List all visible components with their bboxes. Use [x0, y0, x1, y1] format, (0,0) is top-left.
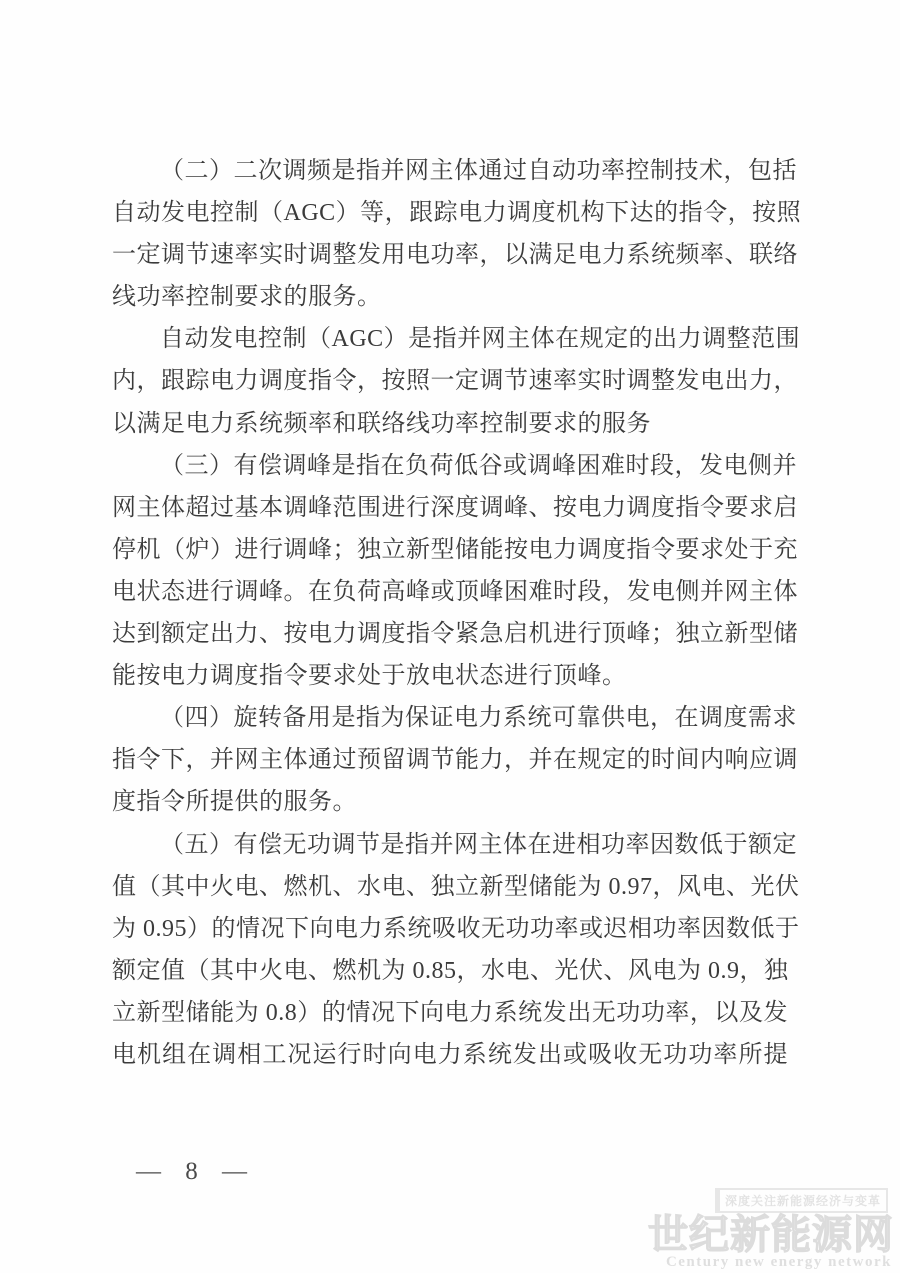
text-line: 立新型储能为 0.8）的情况下向电力系统发出无功功率，以及发 [112, 992, 788, 1034]
text-line: 停机（炉）进行调峰；独立新型储能按电力调度指令要求处于充 [112, 529, 788, 571]
watermark: 深度关注新能源经济与变革 世纪新能源网 Century new energy n… [644, 1188, 894, 1271]
text-line: （二）二次调频是指并网主体通过自动功率控制技术，包括 [112, 150, 788, 192]
text-line: 达到额定出力、按电力调度指令紧急启机进行顶峰；独立新型储 [112, 613, 788, 655]
text-line: 值（其中火电、燃机、水电、独立新型储能为 0.97，风电、光伏 [112, 866, 788, 908]
text-line: 网主体超过基本调峰范围进行深度调峰、按电力调度指令要求启 [112, 487, 788, 529]
text-block: （二）二次调频是指并网主体通过自动功率控制技术，包括 自动发电控制（AGC）等，… [112, 150, 788, 1076]
text-line: 电机组在调相工况运行时向电力系统发出或吸收无功功率所提 [112, 1034, 788, 1076]
text-line: 线功率控制要求的服务。 [112, 276, 788, 318]
text-line: 度指令所提供的服务。 [112, 781, 788, 823]
text-line: （四）旋转备用是指为保证电力系统可靠供电，在调度需求 [112, 697, 788, 739]
text-line: 电状态进行调峰。在负荷高峰或顶峰困难时段，发电侧并网主体 [112, 571, 788, 613]
text-line: 内，跟踪电力调度指令，按照一定调节速率实时调整发电出力， [112, 360, 788, 402]
text-line: 为 0.95）的情况下向电力系统吸收无功功率或迟相功率因数低于 [112, 908, 788, 950]
document-page: （二）二次调频是指并网主体通过自动功率控制技术，包括 自动发电控制（AGC）等，… [0, 0, 900, 1273]
text-line: 一定调节速率实时调整发用电功率，以满足电力系统频率、联络 [112, 234, 788, 276]
text-line: 额定值（其中火电、燃机为 0.85，水电、光伏、风电为 0.9，独 [112, 950, 788, 992]
text-line: 自动发电控制（AGC）等，跟踪电力调度机构下达的指令，按照 [112, 192, 788, 234]
text-line: 以满足电力系统频率和联络线功率控制要求的服务 [112, 403, 788, 445]
watermark-banner: 深度关注新能源经济与变革 [715, 1188, 888, 1213]
text-line: 自动发电控制（AGC）是指并网主体在规定的出力调整范围 [112, 318, 788, 360]
text-line: 能按电力调度指令要求处于放电状态进行顶峰。 [112, 655, 788, 697]
watermark-title: 世纪新能源网 [644, 1214, 894, 1256]
text-line: 指令下，并网主体通过预留调节能力，并在规定的时间内响应调 [112, 739, 788, 781]
text-line: （三）有偿调峰是指在负荷低谷或调峰困难时段，发电侧并 [112, 445, 788, 487]
watermark-subtitle: Century new energy network [644, 1254, 892, 1271]
page-number: — 8 — [136, 1158, 256, 1186]
text-line: （五）有偿无功调节是指并网主体在进相功率因数低于额定 [112, 824, 788, 866]
